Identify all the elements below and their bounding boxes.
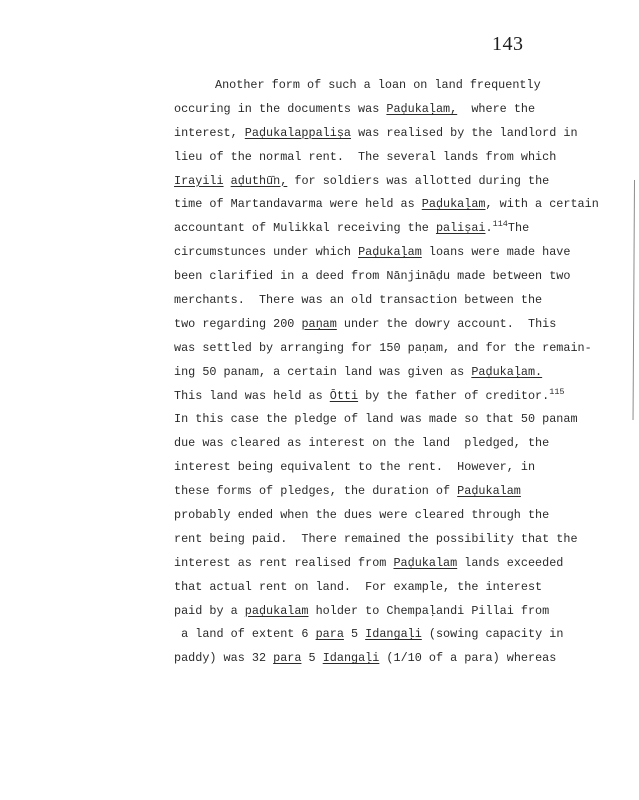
- text-segment: paddy) was 32: [174, 651, 273, 665]
- text-segment: merchants. There was an old transaction …: [174, 293, 542, 307]
- underlined-term: Ōtti: [330, 389, 358, 403]
- text-line: these forms of pledges, the duration of …: [174, 480, 634, 504]
- text-segment: loans were made have: [422, 245, 571, 259]
- text-segment: that actual rent on land. For example, t…: [174, 580, 542, 594]
- text-segment: 5: [344, 627, 365, 641]
- text-segment: was settled by arranging for 150 paṇam, …: [174, 341, 592, 355]
- text-segment: was realised by the landlord in: [351, 126, 578, 140]
- underlined-term: aḍuthū̄n,: [231, 174, 288, 188]
- text-segment: paid by a: [174, 604, 245, 618]
- text-segment: probably ended when the dues were cleare…: [174, 508, 549, 522]
- text-segment: lieu of the normal rent. The several lan…: [174, 150, 556, 164]
- text-line: paid by a paḍukalam holder to Chempaḷand…: [174, 600, 634, 624]
- underlined-term: Idangaḷi: [365, 627, 422, 641]
- text-line: interest as rent realised from Paḍukalam…: [174, 552, 634, 576]
- underlined-term: Paḍukaḷam,: [386, 102, 457, 116]
- underlined-term: paḍukalam: [245, 604, 309, 618]
- text-segment: by the father of creditor.: [358, 389, 549, 403]
- underlined-term: Paḍukalam: [393, 556, 457, 570]
- text-segment: rent being paid. There remained the poss…: [174, 532, 578, 546]
- text-line: paddy) was 32 para 5 Idangaḷi (1/10 of a…: [174, 647, 634, 671]
- text-line: This land was held as Ōtti by the father…: [174, 385, 634, 409]
- text-segment: Another form of such a loan on land freq…: [215, 78, 541, 92]
- underlined-term: Irayili: [174, 174, 224, 188]
- text-segment: In this case the pledge of land was made…: [174, 412, 578, 426]
- underlined-term: para: [273, 651, 301, 665]
- text-segment: circumstunces under which: [174, 245, 358, 259]
- text-line: Irayili aḍuthū̄n, for soldiers was allot…: [174, 170, 634, 194]
- text-line: Another form of such a loan on land freq…: [174, 74, 634, 98]
- text-segment: time of Martandavarma were held as: [174, 197, 422, 211]
- text-segment: interest as rent realised from: [174, 556, 393, 570]
- text-segment: where the: [457, 102, 535, 116]
- body-paragraph: Another form of such a loan on land freq…: [174, 74, 634, 671]
- text-segment: due was cleared as interest on the land …: [174, 436, 549, 450]
- text-line: circumstunces under which Paḍukaḷam loan…: [174, 241, 634, 265]
- text-segment: , with a certain: [486, 197, 599, 211]
- text-line: due was cleared as interest on the land …: [174, 432, 634, 456]
- text-segment: lands exceeded: [457, 556, 563, 570]
- text-line: In this case the pledge of land was made…: [174, 408, 634, 432]
- underlined-term: paliṣai: [436, 221, 486, 235]
- text-line: accountant of Mulikkal receiving the pal…: [174, 217, 634, 241]
- underlined-term: Idangaḷi: [323, 651, 380, 665]
- text-line: lieu of the normal rent. The several lan…: [174, 146, 634, 170]
- underlined-term: Paḍukalappaliṣa: [245, 126, 351, 140]
- text-line: was settled by arranging for 150 paṇam, …: [174, 337, 634, 361]
- text-segment: 5: [301, 651, 322, 665]
- text-segment: been clarified in a deed from Nānjināḍu …: [174, 269, 570, 283]
- text-segment: ing 50 panam, a certain land was given a…: [174, 365, 471, 379]
- text-line: that actual rent on land. For example, t…: [174, 576, 634, 600]
- underlined-term: Paḍukaḷam: [422, 197, 486, 211]
- text-segment: (1/10 of a para) whereas: [379, 651, 556, 665]
- text-line: a land of extent 6 para 5 Idangaḷi (sowi…: [174, 623, 634, 647]
- text-segment: The: [508, 221, 529, 235]
- text-line: occuring in the documents was Paḍukaḷam,…: [174, 98, 634, 122]
- text-segment: This land was held as: [174, 389, 330, 403]
- page-number: 143: [492, 33, 524, 56]
- underlined-term: Paḍukalam: [457, 484, 521, 498]
- text-line: ing 50 panam, a certain land was given a…: [174, 361, 634, 385]
- text-line: merchants. There was an old transaction …: [174, 289, 634, 313]
- text-segment: for soldiers was allotted during the: [287, 174, 549, 188]
- text-segment: (sowing capacity in: [422, 627, 564, 641]
- text-segment: two regarding 200: [174, 317, 301, 331]
- text-line: interest being equivalent to the rent. H…: [174, 456, 634, 480]
- underlined-term: paṇam: [301, 317, 336, 331]
- text-segment: accountant of Mulikkal receiving the: [174, 221, 436, 235]
- footnote-reference: 115: [549, 387, 564, 397]
- text-segment: occuring in the documents was: [174, 102, 386, 116]
- underlined-term: Paḍukaḷam: [358, 245, 422, 259]
- text-segment: interest,: [174, 126, 245, 140]
- text-segment: under the dowry account. This: [337, 317, 556, 331]
- text-line: probably ended when the dues were cleare…: [174, 504, 634, 528]
- underlined-term: para: [316, 627, 344, 641]
- text-line: time of Martandavarma were held as Paḍuk…: [174, 193, 634, 217]
- text-line: interest, Paḍukalappaliṣa was realised b…: [174, 122, 634, 146]
- text-segment: interest being equivalent to the rent. H…: [174, 460, 535, 474]
- text-line: been clarified in a deed from Nānjināḍu …: [174, 265, 634, 289]
- text-segment: these forms of pledges, the duration of: [174, 484, 457, 498]
- text-segment: holder to Chempaḷandi Pillai from: [309, 604, 550, 618]
- underlined-term: Paḍukaḷam.: [471, 365, 542, 379]
- text-segment: .: [486, 221, 493, 235]
- text-line: rent being paid. There remained the poss…: [174, 528, 634, 552]
- text-line: two regarding 200 paṇam under the dowry …: [174, 313, 634, 337]
- text-segment: [224, 174, 231, 188]
- footnote-reference: 114: [493, 219, 508, 229]
- text-segment: a land of extent 6: [174, 627, 316, 641]
